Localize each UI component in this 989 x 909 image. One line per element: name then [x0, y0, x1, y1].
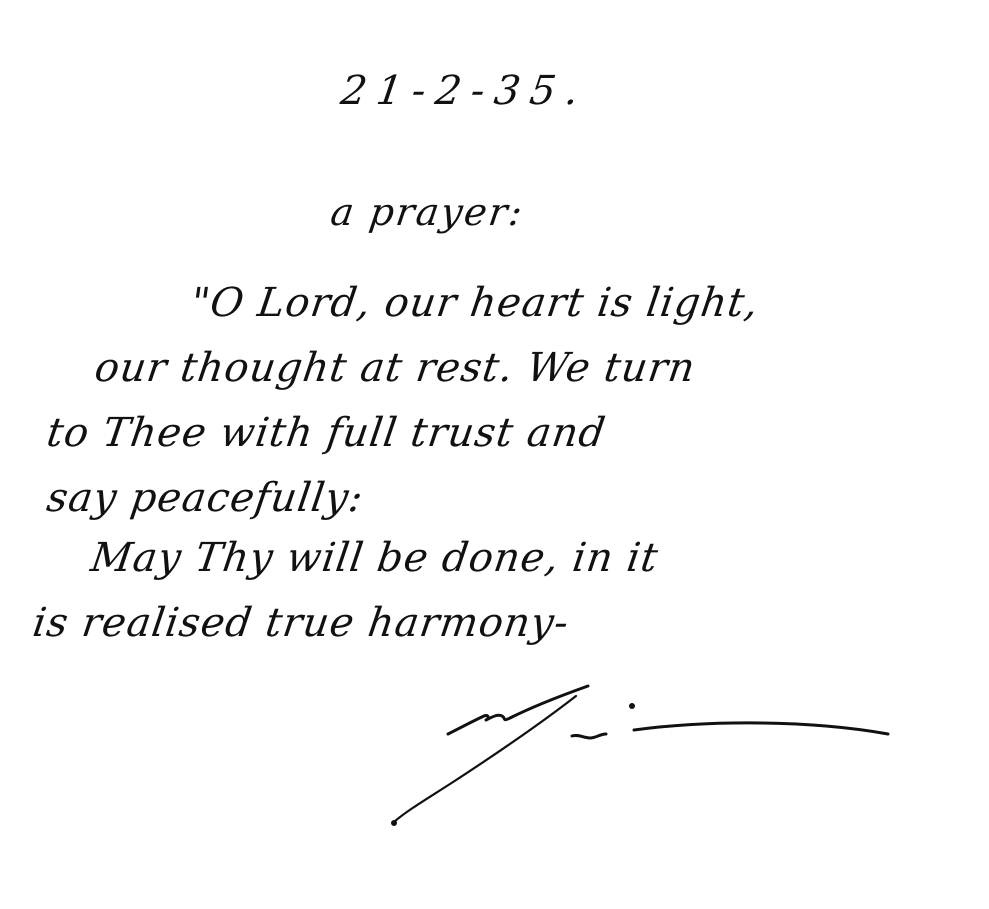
letter-page: 21-2-35. a prayer: "O Lord, our heart is… [0, 0, 989, 909]
letter-date: 21-2-35. [338, 68, 591, 114]
prayer-line-4: say peacefully: [44, 475, 367, 521]
prayer-line-1: "O Lord, our heart is light, [188, 280, 762, 326]
prayer-line-5: May Thy will be done, in it [88, 535, 661, 581]
prayer-heading: a prayer: [328, 190, 527, 234]
prayer-line-6: is realised true harmony- [30, 600, 572, 646]
signature-flourish-icon [380, 680, 940, 840]
signature [380, 680, 940, 840]
prayer-line-3: to Thee with full trust and [44, 410, 609, 456]
prayer-line-2: our thought at rest. We turn [92, 345, 698, 391]
